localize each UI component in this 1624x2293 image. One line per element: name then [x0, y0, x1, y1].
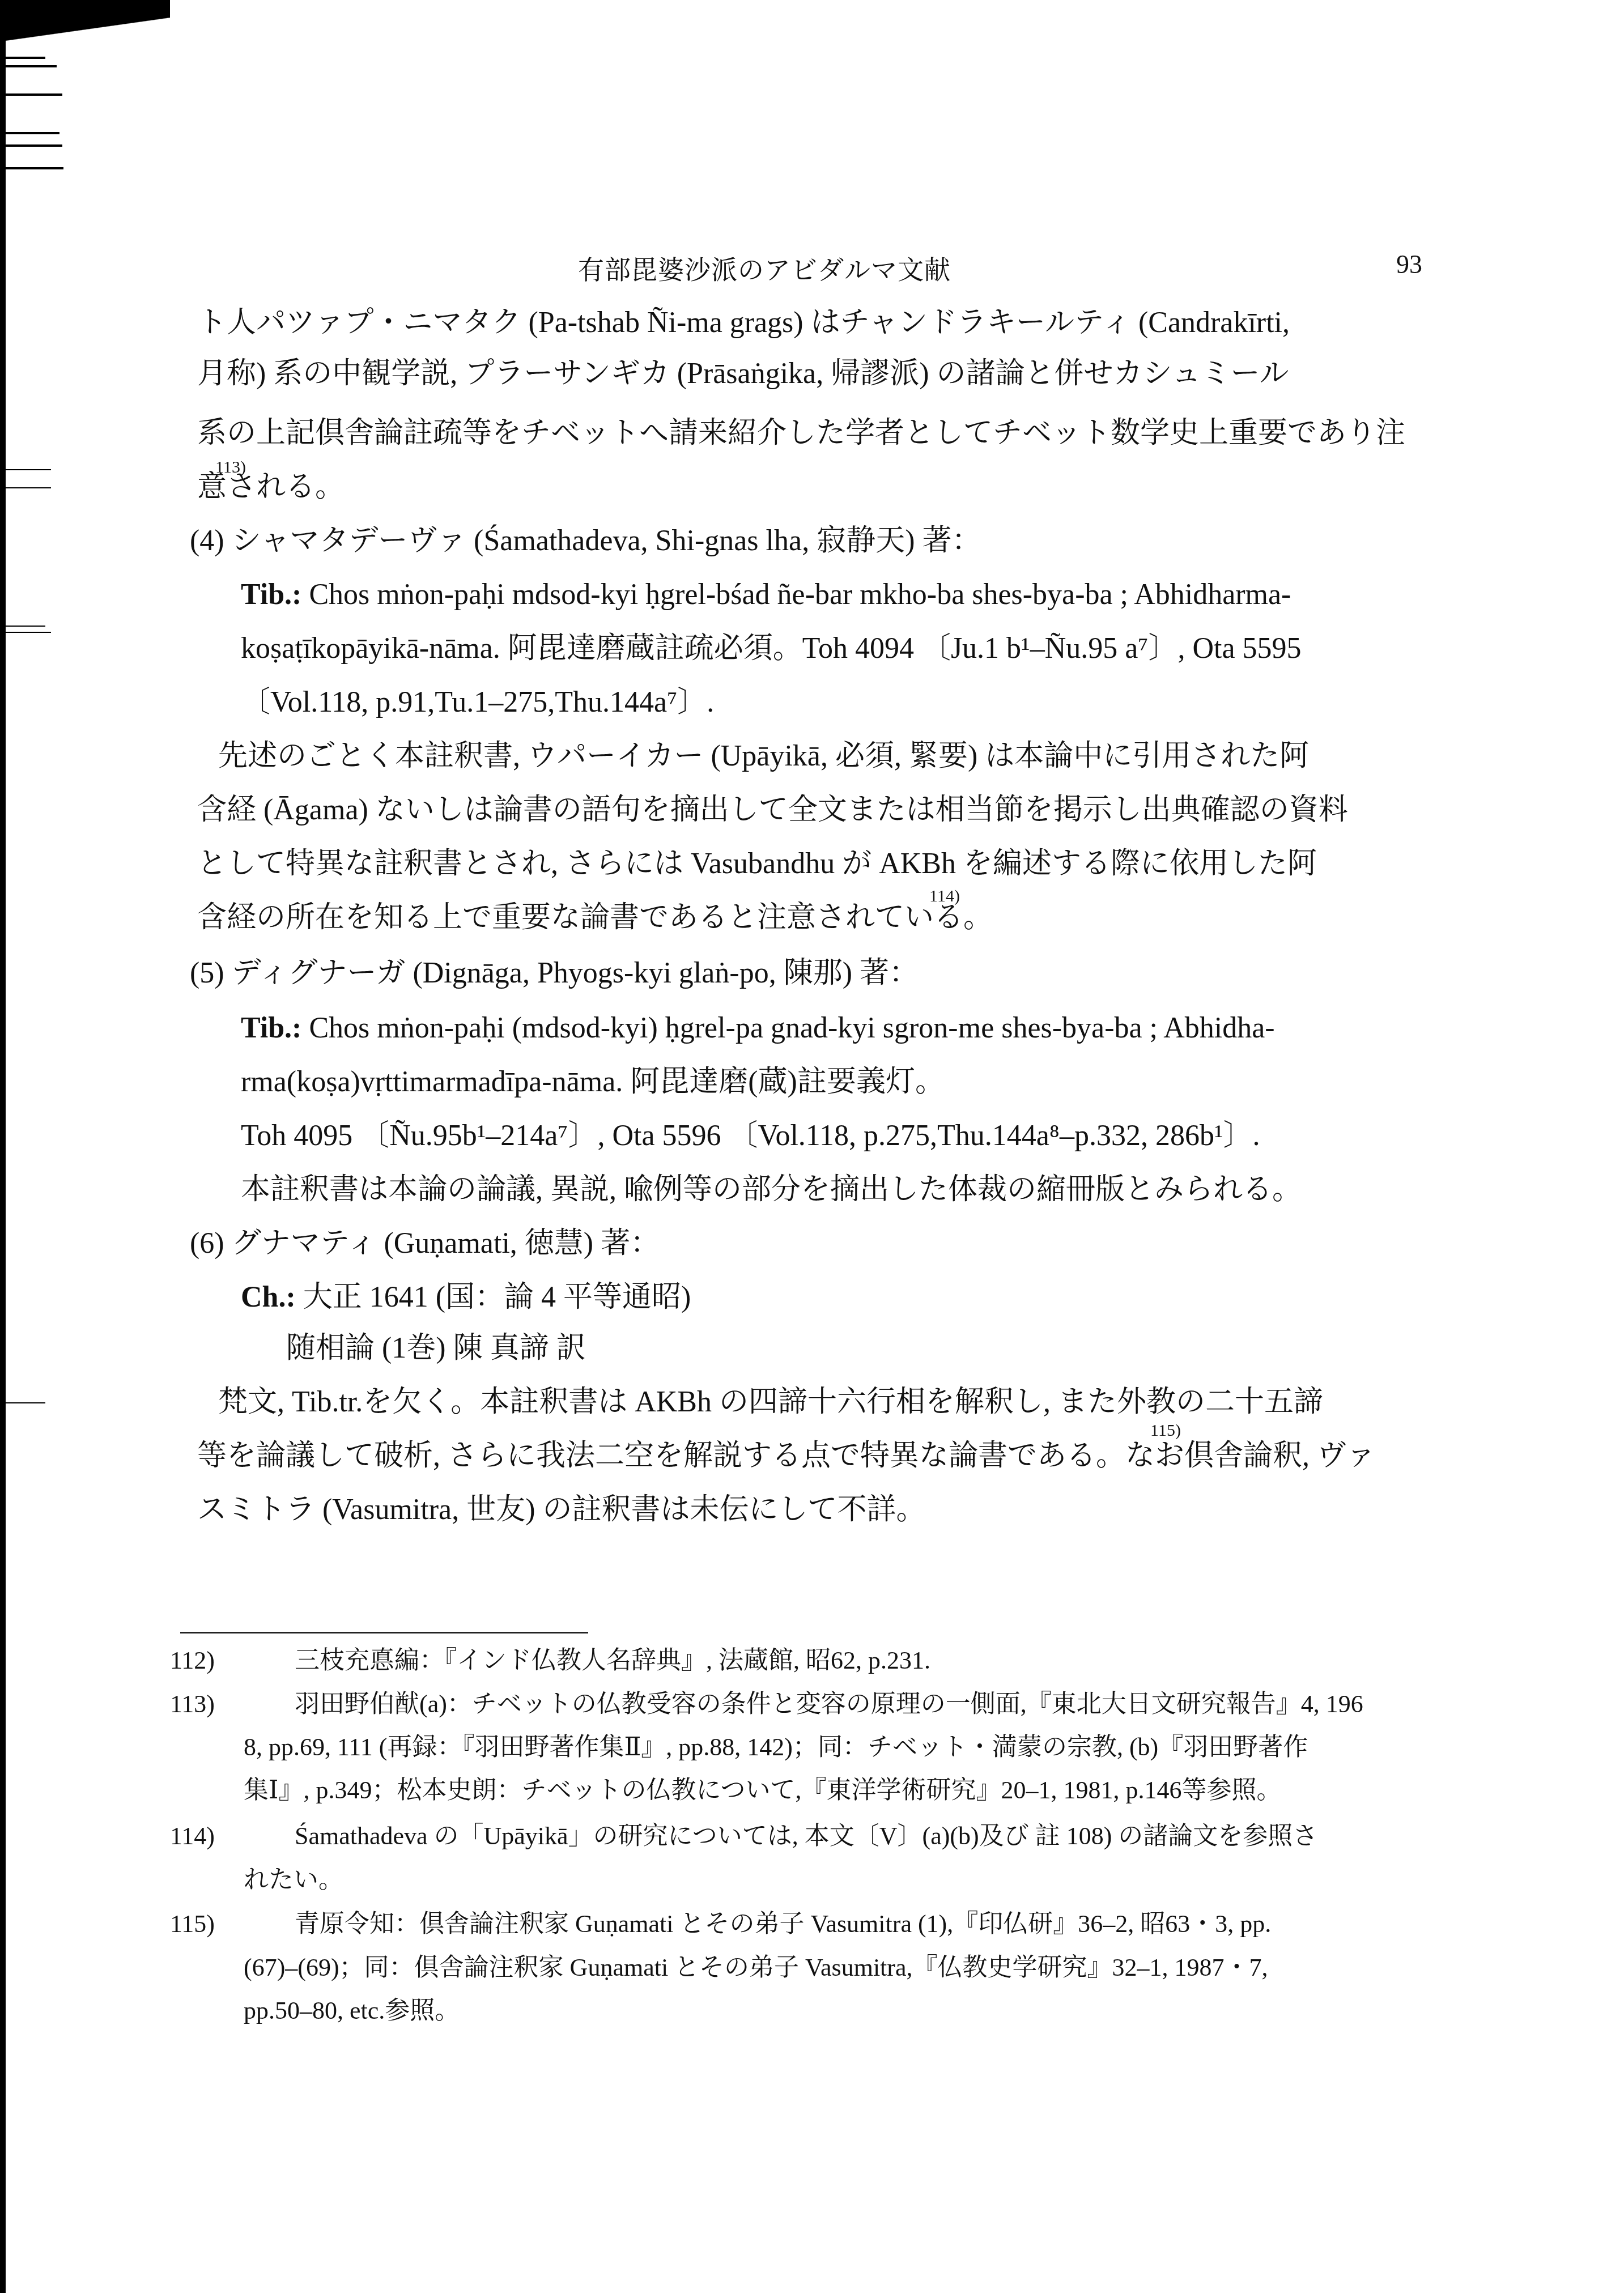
- body-line: ト人パツァプ・ニマタク (Pa-tshab Ñi-ma grags) はチャンド…: [197, 306, 1290, 340]
- tib-entry: Tib.: Chos mṅon-paḥi mdsod-kyi ḥgrel-bśa…: [241, 578, 1291, 612]
- tib-text: Chos mṅon-paḥi mdsod-kyi ḥgrel-bśad ñe-b…: [301, 578, 1291, 611]
- footnote-line: (67)–(69)；同：倶舎論注釈家 Guṇamati とその弟子 Vasumi…: [244, 1953, 1268, 1983]
- section-heading: (5) ディグナーガ (Dignāga, Phyogs-kyi glaṅ-po,…: [190, 956, 919, 990]
- running-head-title: 有部毘婆沙派のアビダルマ文献: [578, 249, 951, 287]
- tib-line: rma(koṣa)vṛttimarmadīpa-nāma. 阿毘達磨(蔵)註要義…: [241, 1065, 945, 1099]
- footnote-number: 115): [170, 1909, 215, 1939]
- footnote-line: 8, pp.69, 111 (再録：『羽田野著作集Ⅱ』, pp.88, 142)…: [244, 1733, 1308, 1762]
- body-line: 含経の所在を知る上で重要な論書であると注意されている。: [197, 901, 993, 935]
- footnote-line: 集Ⅰ』, p.349；松本史朗：チベットの仏教について,『東洋学術研究』20–1…: [244, 1776, 1282, 1805]
- tib-entry: Tib.: Chos mṅon-paḥi (mdsod-kyi) ḥgrel-p…: [241, 1011, 1275, 1045]
- body-line: 含経 (Āgama) ないしは論書の語句を摘出して全文または相当節を掲示し出典確…: [197, 793, 1348, 827]
- tib-line: koṣaṭīkopāyikā-nāma. 阿毘達磨蔵註疏必須。Toh 4094 …: [241, 632, 1302, 666]
- document-page: 有部毘婆沙派のアビダルマ文献 93 ト人パツァプ・ニマタク (Pa-tshab …: [0, 0, 1624, 2293]
- footnote-line: 三枝充悳編：『インド仏教人名辞典』, 法蔵館, 昭62, p.231.: [295, 1646, 930, 1675]
- section-heading: (6) グナマティ (Guṇamati, 徳慧) 著：: [190, 1227, 660, 1261]
- running-head: 有部毘婆沙派のアビダルマ文献 93: [578, 249, 1422, 283]
- body-line: 等を論議して破析, さらに我法二空を解説する点で特異な論書である。なお倶舎論釈,…: [197, 1439, 1375, 1473]
- tib-label: Tib.:: [241, 578, 301, 611]
- body-line: 先述のごとく本註釈書, ウパーイカー (Upāyikā, 必須, 緊要) は本論…: [218, 739, 1309, 773]
- footnote-rule: [180, 1632, 588, 1633]
- footnote-line: Śamathadeva の「Upāyikā」の研究については, 本文〔V〕(a)…: [295, 1822, 1317, 1851]
- body-line: 系の上記倶舎論註疏等をチベットへ請来紹介した学者としてチベット数学史上重要であり…: [197, 416, 1405, 450]
- ch-line: 随相論 (1巻) 陳 真諦 訳: [286, 1331, 586, 1365]
- tib-text: Chos mṅon-paḥi (mdsod-kyi) ḥgrel-pa gnad…: [301, 1012, 1274, 1044]
- footnote-line: pp.50–80, etc.参照。: [244, 1996, 460, 2026]
- body-line: 意される。: [197, 470, 345, 504]
- note-ref: 115): [1150, 1422, 1181, 1439]
- ch-label: Ch.:: [241, 1281, 296, 1313]
- tib-line: 〔Vol.118, p.91,Tu.1–275,Thu.144a⁷〕.: [241, 686, 714, 720]
- footnote-number: 113): [170, 1690, 215, 1719]
- ch-entry: Ch.: 大正 1641 (国：論 4 平等通昭): [241, 1280, 691, 1314]
- footnote-line: 青原令知：倶舎論注釈家 Guṇamati とその弟子 Vasumitra (1)…: [295, 1909, 1271, 1939]
- body-line: 本註釈書は本論の論議, 異説, 喩例等の部分を摘出した体裁の縮冊版とみられる。: [241, 1173, 1302, 1207]
- page-number: 93: [1396, 249, 1422, 279]
- body-line: として特異な註釈書とされ, さらには Vasubandhu が AKBh を編述…: [197, 847, 1317, 881]
- ch-text: 大正 1641 (国：論 4 平等通昭): [296, 1281, 691, 1313]
- footnote-line: 羽田野伯猷(a)：チベットの仏教受容の条件と変容の原理の一側面,『東北大日文研究…: [295, 1690, 1363, 1719]
- footnote-number: 114): [170, 1822, 215, 1851]
- body-line: 月称) 系の中観学説, プラーサンギカ (Prāsaṅgika, 帰謬派) の諸…: [197, 357, 1289, 391]
- footnote-line: れたい。: [244, 1865, 343, 1895]
- tib-line: Toh 4095 〔Ñu.95b¹–214a⁷〕, Ota 5596 〔Vol.…: [241, 1119, 1260, 1153]
- body-line: スミトラ (Vasumitra, 世友) の註釈書は未伝にして不詳。: [197, 1493, 925, 1527]
- body-line: 梵文, Tib.tr.を欠く。本註釈書は AKBh の四諦十六行相を解釈し, ま…: [218, 1385, 1323, 1419]
- section-heading: (4) シャマタデーヴァ (Śamathadeva, Shi-gnas lha,…: [190, 524, 981, 558]
- tib-label: Tib.:: [241, 1012, 301, 1044]
- footnote-number: 112): [170, 1646, 215, 1675]
